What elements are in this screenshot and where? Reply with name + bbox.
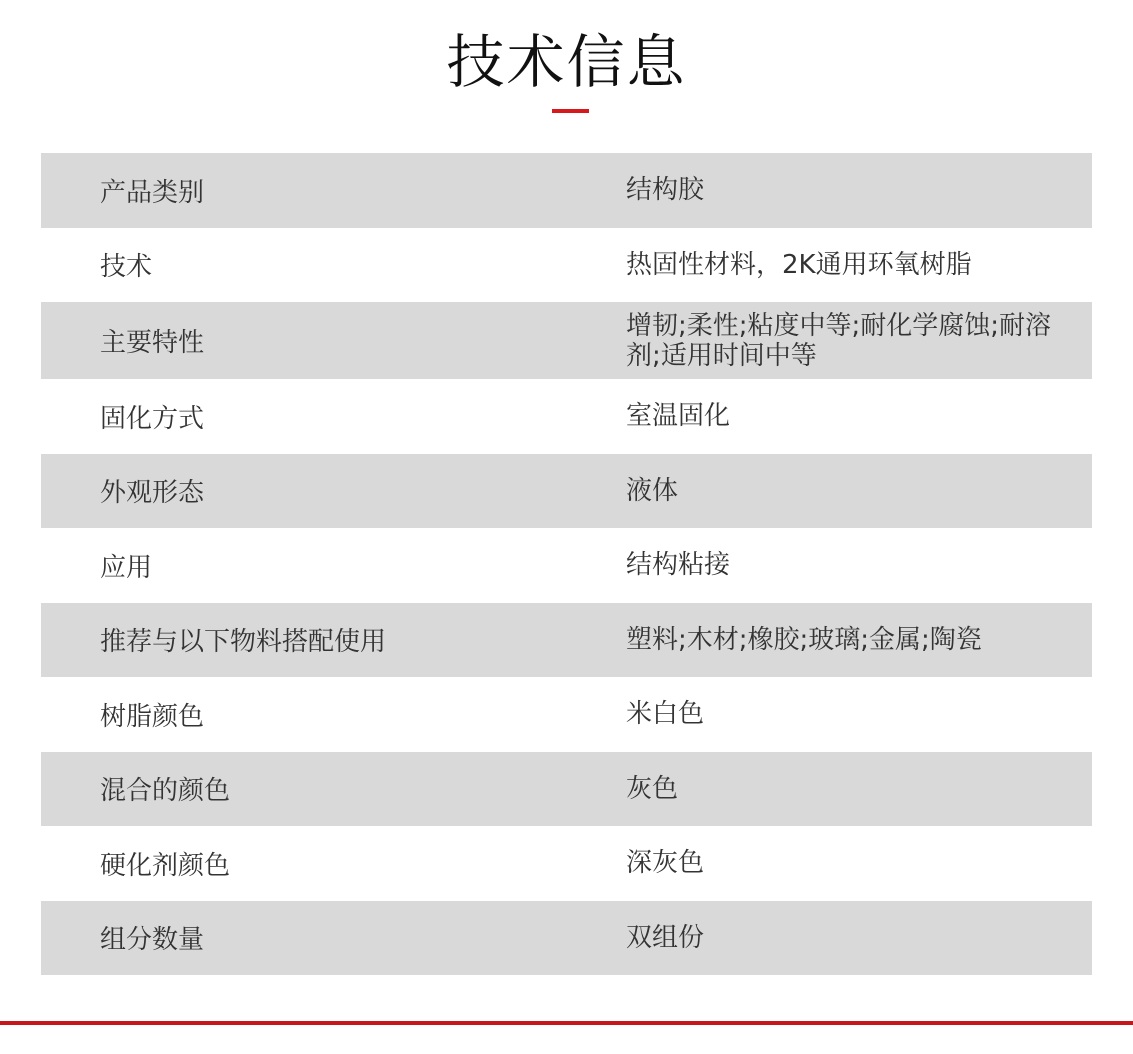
table-row: 混合的颜色 灰色 <box>41 752 1092 827</box>
row-label: 硬化剂颜色 <box>41 845 626 882</box>
table-row: 产品类别 结构胶 <box>41 153 1092 228</box>
row-label: 技术 <box>41 246 626 283</box>
row-label: 混合的颜色 <box>41 770 626 807</box>
table-row: 固化方式 室温固化 <box>41 379 1092 454</box>
row-value: 深灰色 <box>626 848 1092 878</box>
row-value: 液体 <box>626 476 1092 506</box>
row-value: 双组份 <box>626 923 1092 953</box>
row-value: 结构粘接 <box>626 550 1092 580</box>
row-value: 增韧;柔性;粘度中等;耐化学腐蚀;耐溶剂;适用时间中等 <box>626 311 1092 371</box>
footer-divider <box>0 1021 1133 1025</box>
row-value: 结构胶 <box>626 175 1092 205</box>
table-row: 组分数量 双组份 <box>41 901 1092 976</box>
table-row: 硬化剂颜色 深灰色 <box>41 826 1092 901</box>
table-row: 外观形态 液体 <box>41 454 1092 529</box>
row-label: 产品类别 <box>41 172 626 209</box>
table-row: 技术 热固性材料，2K通用环氧树脂 <box>41 228 1092 303</box>
row-label: 组分数量 <box>41 919 626 956</box>
title-accent-bar <box>552 109 589 113</box>
tech-info-table: 产品类别 结构胶 技术 热固性材料，2K通用环氧树脂 主要特性 增韧;柔性;粘度… <box>41 153 1092 975</box>
row-label: 树脂颜色 <box>41 696 626 733</box>
table-row: 推荐与以下物料搭配使用 塑料;木材;橡胶;玻璃;金属;陶瓷 <box>41 603 1092 678</box>
row-value: 塑料;木材;橡胶;玻璃;金属;陶瓷 <box>626 625 1092 655</box>
row-value: 热固性材料，2K通用环氧树脂 <box>626 250 1092 280</box>
row-label: 主要特性 <box>41 322 626 359</box>
table-row: 主要特性 增韧;柔性;粘度中等;耐化学腐蚀;耐溶剂;适用时间中等 <box>41 302 1092 379</box>
row-label: 外观形态 <box>41 472 626 509</box>
page-title: 技术信息 <box>0 22 1133 102</box>
row-label: 固化方式 <box>41 398 626 435</box>
row-value: 米白色 <box>626 699 1092 729</box>
row-value: 灰色 <box>626 774 1092 804</box>
table-row: 应用 结构粘接 <box>41 528 1092 603</box>
row-label: 推荐与以下物料搭配使用 <box>41 621 626 658</box>
table-row: 树脂颜色 米白色 <box>41 677 1092 752</box>
row-label: 应用 <box>41 547 626 584</box>
row-value: 室温固化 <box>626 401 1092 431</box>
